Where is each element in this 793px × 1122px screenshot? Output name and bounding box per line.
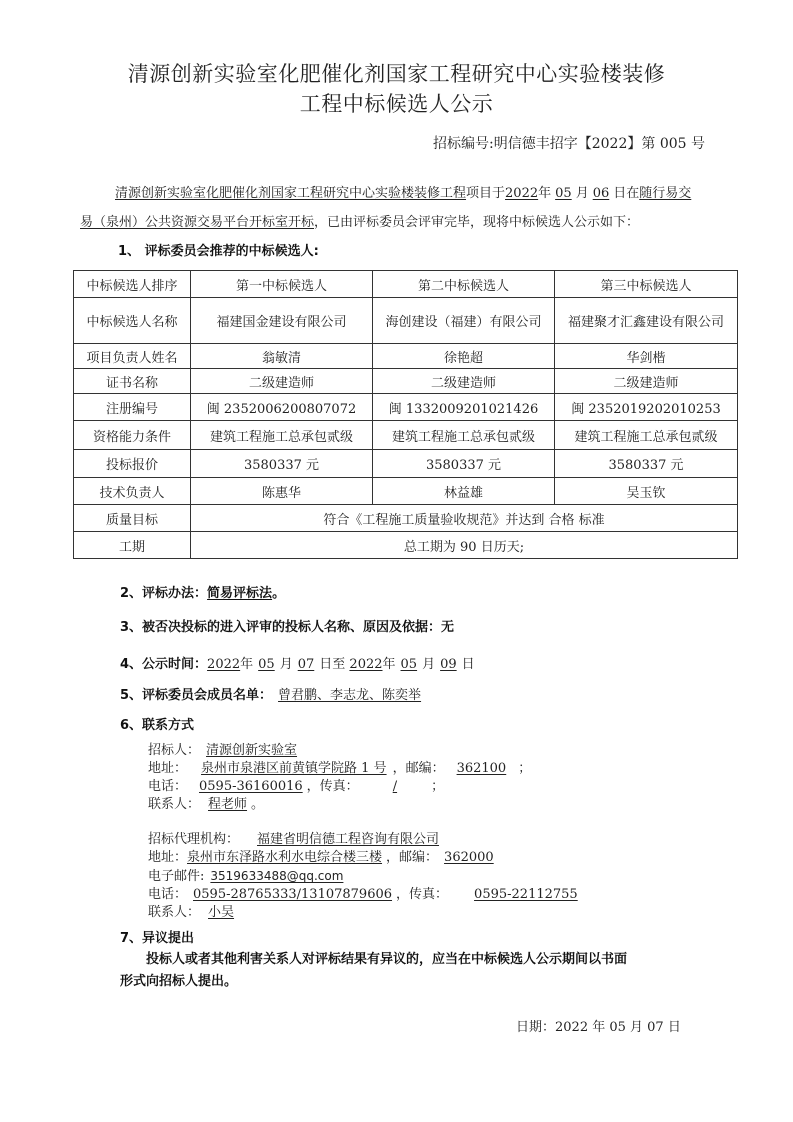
tenderer-address: 泉州市泉港区前黄镇学院路 1 号	[187, 761, 393, 776]
open-year: 2022	[505, 186, 538, 201]
cell: 3580337 元	[373, 450, 555, 478]
committee-members: 曾君鹏、李志龙、陈奕举	[272, 688, 427, 703]
cell: 吴玉钦	[555, 478, 738, 505]
evaluation-method: 简易评标法	[207, 586, 272, 601]
document-date: 日期：2022 年 05 月 07 日	[516, 1016, 681, 1035]
intro-line1: 清源创新实验室化肥催化剂国家工程研究中心实验楼装修工程项目于2022年05月06…	[115, 182, 691, 201]
tenderer-fax: /	[359, 779, 431, 794]
cell: 林益雄	[373, 478, 555, 505]
cell: 第一中标候选人	[191, 271, 373, 298]
cell: 3580337 元	[191, 450, 373, 478]
tenderer-line: 招标人：清源创新实验室	[148, 742, 531, 760]
cell: 建筑工程施工总承包贰级	[555, 421, 738, 450]
label: 地址：	[148, 850, 187, 865]
table-row-bid-price: 投标报价 3580337 元 3580337 元 3580337 元	[74, 450, 738, 478]
unit: 月	[280, 657, 293, 672]
row-label: 注册编号	[74, 394, 191, 421]
tenderer-phone: 0595-36160016	[187, 779, 307, 794]
venue-part1: 随行易交	[639, 186, 691, 201]
cell: 二级建造师	[373, 369, 555, 394]
row-label: 技术负责人	[74, 478, 191, 505]
table-row-manager: 项目负责人姓名 翁敏清 徐艳超 华剑楷	[74, 344, 738, 369]
row-label: 工期	[74, 532, 191, 559]
section4: 4、公示时间：2022年05月07日至 2022年05月09日	[120, 653, 475, 672]
table-row-name: 中标候选人名称 福建国金建设有限公司 海创建设（福建）有限公司 福建聚才汇鑫建设…	[74, 298, 738, 344]
project-name: 清源创新实验室化肥催化剂国家工程研究中心实验楼装修工程	[115, 186, 466, 201]
label: 电子邮件:	[148, 869, 204, 884]
document-title-line2: 工程中标候选人公示	[0, 88, 793, 118]
label: ，传真：	[396, 887, 448, 902]
agency-postcode: 362000	[438, 850, 510, 865]
table-row-registration: 注册编号 闽 2352006200807072 闽 13320092010214…	[74, 394, 738, 421]
table-row-qualification: 资格能力条件 建筑工程施工总承包贰级 建筑工程施工总承包贰级 建筑工程施工总承包…	[74, 421, 738, 450]
label: 电话：	[148, 887, 187, 902]
section5-label: 5、评标委员会成员名单：	[120, 688, 272, 703]
construction-period: 总工期为 90 日历天;	[191, 532, 738, 559]
unit: 月	[422, 657, 435, 672]
agency-email-line: 电子邮件:3519633488@qq.com	[148, 867, 590, 886]
cell: 第三中标候选人	[555, 271, 738, 298]
section2-label: 2、评标办法：	[120, 586, 207, 601]
agency-fax: 0595-22112755	[448, 887, 590, 902]
row-label: 项目负责人姓名	[74, 344, 191, 369]
agency-contact-line: 联系人：小吴	[148, 904, 590, 922]
agency-name: 福建省明信德工程咨询有限公司	[239, 832, 453, 847]
section7-heading: 7、异议提出	[120, 927, 194, 946]
venue-part2: 易（泉州）公共资源交易平台开标室开标	[80, 215, 314, 230]
section1-heading: 1、 评标委员会推荐的中标候选人:	[118, 240, 319, 259]
cell: 福建聚才汇鑫建设有限公司	[555, 298, 738, 344]
table-row-tech-lead: 技术负责人 陈惠华 林益雄 吴玉钦	[74, 478, 738, 505]
label: 联系人：	[148, 905, 200, 920]
start-year: 2022	[207, 657, 240, 672]
table-row-rank: 中标候选人排序 第一中标候选人 第二中标候选人 第三中标候选人	[74, 271, 738, 298]
start-month: 05	[253, 657, 280, 672]
tenderer-contact-person: 程老师	[200, 797, 251, 812]
agency-line: 招标代理机构：福建省明信德工程咨询有限公司	[148, 831, 590, 849]
label: 招标代理机构：	[148, 832, 239, 847]
label: ，邮编：	[386, 850, 438, 865]
intro-line2: 易（泉州）公共资源交易平台开标室开标，已由评标委员会评审完毕，现将中标候选人公示…	[80, 211, 639, 230]
unit: 年	[240, 657, 253, 672]
cell: 建筑工程施工总承包贰级	[191, 421, 373, 450]
label: 电话：	[148, 779, 187, 794]
objection-text-line2: 形式向招标人提出。	[120, 970, 237, 989]
tenderer-name: 清源创新实验室	[200, 743, 337, 758]
cell: 3580337 元	[555, 450, 738, 478]
row-label: 投标报价	[74, 450, 191, 478]
section5: 5、评标委员会成员名单：曾君鹏、李志龙、陈奕举	[120, 684, 427, 703]
intro-conclusion: ，已由评标委员会评审完毕，现将中标候选人公示如下：	[314, 215, 639, 230]
section6-heading: 6、联系方式	[120, 714, 194, 733]
punct: 。	[251, 797, 264, 812]
label: 招标人：	[148, 743, 200, 758]
tenderer-contact-line: 联系人：程老师。	[148, 796, 531, 814]
punct: ；	[518, 761, 531, 776]
section2-end: 。	[272, 586, 285, 601]
label: 联系人：	[148, 797, 200, 812]
agency-contact: 招标代理机构：福建省明信德工程咨询有限公司 地址：泉州市东泽路水利水电综合楼三楼…	[148, 831, 590, 922]
table-row-quality: 质量目标 符合《工程施工质量验收规范》并达到 合格 标准	[74, 505, 738, 532]
label: ，邮编：	[393, 761, 445, 776]
tenderer-phone-line: 电话：0595-36160016，传真：/；	[148, 778, 531, 796]
table-row-certificate: 证书名称 二级建造师 二级建造师 二级建造师	[74, 369, 738, 394]
cell: 陈惠华	[191, 478, 373, 505]
agency-phone: 0595-28765333/13107879606	[187, 887, 396, 902]
cell: 二级建造师	[191, 369, 373, 394]
cell: 二级建造师	[555, 369, 738, 394]
cell: 华剑楷	[555, 344, 738, 369]
table-row-period: 工期 总工期为 90 日历天;	[74, 532, 738, 559]
cell: 闽 1332009201021426	[373, 394, 555, 421]
cell: 第二中标候选人	[373, 271, 555, 298]
unit: 年	[383, 657, 396, 672]
end-day: 09	[435, 657, 462, 672]
document-title-line1: 清源创新实验室化肥催化剂国家工程研究中心实验楼装修	[0, 58, 793, 88]
row-label: 中标候选人名称	[74, 298, 191, 344]
start-day: 07	[293, 657, 320, 672]
quality-target: 符合《工程施工质量验收规范》并达到 合格 标准	[191, 505, 738, 532]
unit: 日	[462, 657, 475, 672]
open-day: 06	[589, 186, 614, 201]
agency-email[interactable]: 3519633488@qq.com	[204, 869, 357, 883]
month-unit: 月	[576, 186, 589, 201]
tender-number: 招标编号:明信德丰招字【2022】第 005 号	[433, 133, 705, 153]
label: ，传真：	[307, 779, 359, 794]
cell: 闽 2352006200807072	[191, 394, 373, 421]
objection-text-line1: 投标人或者其他利害关系人对评标结果有异议的，应当在中标候选人公示期间以书面	[146, 948, 627, 967]
agency-contact-person: 小吴	[200, 905, 246, 920]
end-month: 05	[396, 657, 423, 672]
row-label: 证书名称	[74, 369, 191, 394]
tenderer-contact: 招标人：清源创新实验室 地址：泉州市泉港区前黄镇学院路 1 号，邮编：36210…	[148, 742, 531, 814]
row-label: 中标候选人排序	[74, 271, 191, 298]
candidates-table: 中标候选人排序 第一中标候选人 第二中标候选人 第三中标候选人 中标候选人名称 …	[73, 270, 738, 559]
section3: 3、被否决投标的进入评审的投标人名称、原因及依据：无	[120, 616, 454, 635]
cell: 闽 2352019202010253	[555, 394, 738, 421]
agency-address-line: 地址：泉州市东泽路水利水电综合楼三楼，邮编：362000	[148, 849, 590, 867]
day-unit: 日在	[613, 186, 639, 201]
cell: 翁敏清	[191, 344, 373, 369]
tenderer-postcode: 362100	[445, 761, 519, 776]
tenderer-address-line: 地址：泉州市泉港区前黄镇学院路 1 号，邮编：362100；	[148, 760, 531, 778]
punct: ；	[431, 779, 444, 794]
intro-text: 项目于	[466, 186, 505, 201]
agency-address: 泉州市东泽路水利水电综合楼三楼	[187, 850, 386, 865]
cell: 福建国金建设有限公司	[191, 298, 373, 344]
section4-label: 4、公示时间：	[120, 657, 207, 672]
agency-phone-line: 电话：0595-28765333/13107879606，传真：0595-221…	[148, 886, 590, 904]
cell: 海创建设（福建）有限公司	[373, 298, 555, 344]
year-unit: 年	[538, 186, 551, 201]
label: 地址：	[148, 761, 187, 776]
cell: 建筑工程施工总承包贰级	[373, 421, 555, 450]
cell: 徐艳超	[373, 344, 555, 369]
row-label: 资格能力条件	[74, 421, 191, 450]
row-label: 质量目标	[74, 505, 191, 532]
end-year: 2022	[349, 657, 382, 672]
separator: 日至	[319, 657, 345, 672]
open-month: 05	[551, 186, 576, 201]
section2: 2、评标办法：简易评标法。	[120, 582, 285, 601]
